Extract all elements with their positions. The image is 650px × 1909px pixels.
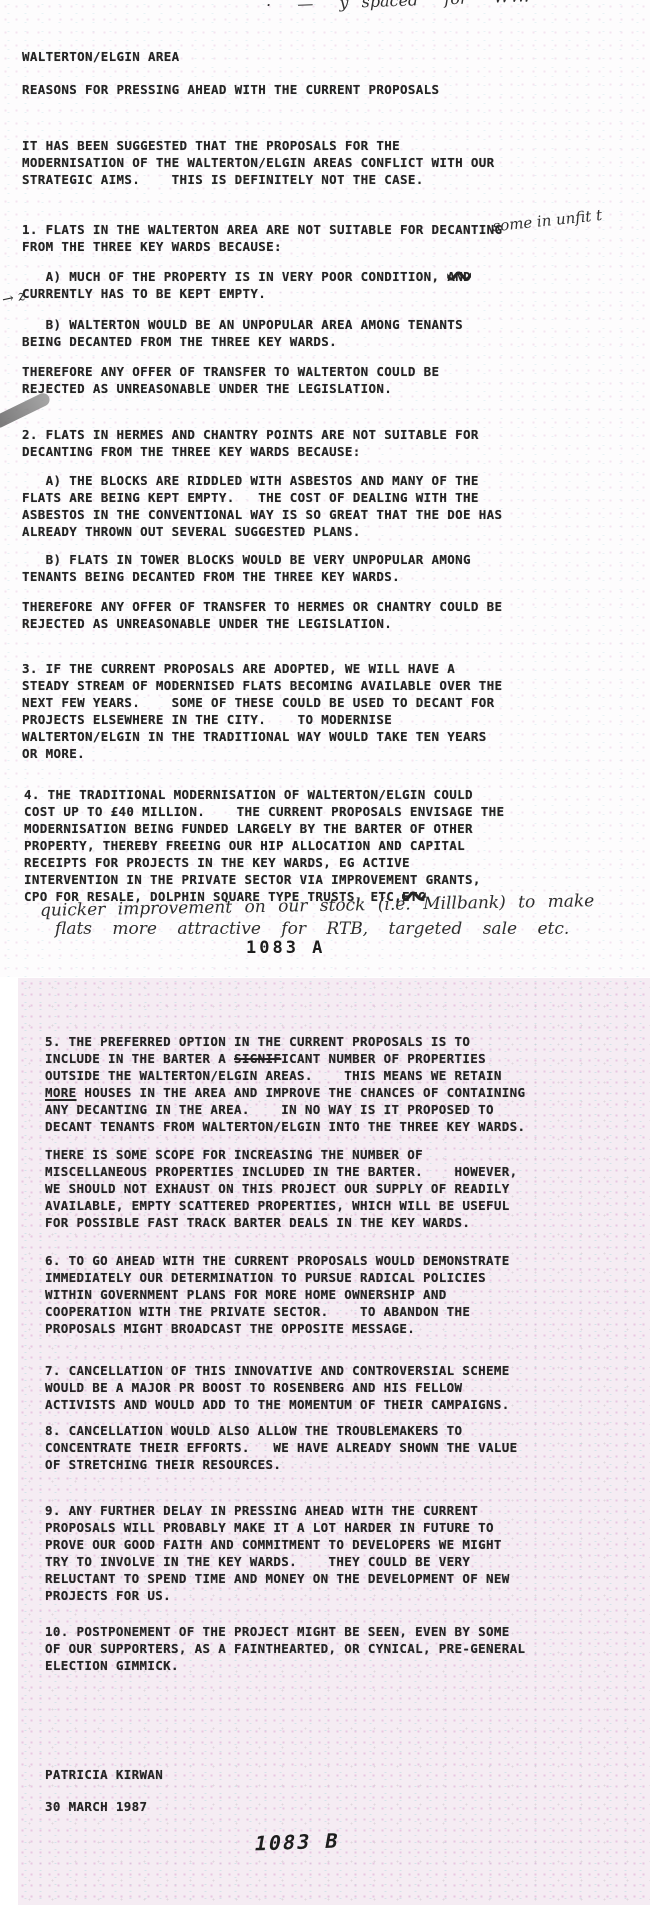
scanned-memo: · — y spaced for WW. WALTERTON/ELGIN ARE…: [0, 0, 650, 1909]
section-6-paragraph: 6. TO GO AHEAD WITH THE CURRENT PROPOSAL…: [45, 1252, 510, 1337]
section-5b-paragraph: THERE IS SOME SCOPE FOR INCREASING THE N…: [45, 1146, 518, 1231]
section-1-item-a-struck-word: AND: [447, 269, 471, 284]
handwritten-annotation-line-2: flats more attractive for RTB, targeted …: [55, 919, 569, 939]
intro-paragraph: IT HAS BEEN SUGGESTED THAT THE PROPOSALS…: [22, 137, 495, 188]
doc-date: 30 MARCH 1987: [45, 1798, 147, 1815]
section-1-item-a-rest: CURRENTLY HAS TO BE KEPT EMPTY.: [22, 286, 266, 301]
section-10-paragraph: 10. POSTPONEMENT OF THE PROJECT MIGHT BE…: [45, 1623, 525, 1674]
section-2-conclusion: THEREFORE ANY OFFER OF TRANSFER TO HERME…: [22, 598, 502, 632]
section-4-paragraph: 4. THE TRADITIONAL MODERNISATION OF WALT…: [24, 786, 504, 905]
handwritten-margin-scribble: → z: [1, 288, 27, 309]
section-4-body: 4. THE TRADITIONAL MODERNISATION OF WALT…: [24, 787, 504, 904]
section-5-underlined-word: MORE: [45, 1085, 77, 1100]
section-1-heading: 1. FLATS IN THE WALTERTON AREA ARE NOT S…: [22, 221, 502, 255]
section-5-paragraph: 5. THE PREFERRED OPTION IN THE CURRENT P…: [45, 1033, 525, 1135]
section-2-item-b: B) FLATS IN TOWER BLOCKS WOULD BE VERY U…: [22, 551, 471, 585]
section-5-rest: HOUSES IN THE AREA AND IMPROVE THE CHANC…: [45, 1085, 525, 1134]
memo-page-2: 5. THE PREFERRED OPTION IN THE CURRENT P…: [18, 978, 650, 1905]
doc-title: WALTERTON/ELGIN AREA: [22, 48, 180, 65]
section-1-conclusion: THEREFORE ANY OFFER OF TRANSFER TO WALTE…: [22, 363, 439, 397]
author-name: PATRICIA KIRWAN: [45, 1766, 163, 1783]
handwritten-note-top: · — y spaced for WW.: [266, 0, 529, 15]
section-2-heading: 2. FLATS IN HERMES AND CHANTRY POINTS AR…: [22, 426, 479, 460]
handwritten-margin-note-unfit: some in unfit t: [492, 197, 650, 236]
section-1-item-a: A) MUCH OF THE PROPERTY IS IN VERY POOR …: [22, 268, 471, 302]
section-5-struck-letters: SIGNIF: [234, 1051, 281, 1066]
doc-heading: REASONS FOR PRESSING AHEAD WITH THE CURR…: [22, 81, 439, 98]
section-8-paragraph: 8. CANCELLATION WOULD ALSO ALLOW THE TRO…: [45, 1422, 518, 1473]
section-1-item-b: B) WALTERTON WOULD BE AN UNPOPULAR AREA …: [22, 316, 463, 350]
section-7-paragraph: 7. CANCELLATION OF THIS INNOVATIVE AND C…: [45, 1362, 510, 1413]
section-2-item-a: A) THE BLOCKS ARE RIDDLED WITH ASBESTOS …: [22, 472, 502, 540]
section-1-item-a-text: A) MUCH OF THE PROPERTY IS IN VERY POOR …: [22, 269, 447, 284]
page-stamp-1083b: 1083 B: [253, 1829, 342, 1856]
section-3-paragraph: 3. IF THE CURRENT PROPOSALS ARE ADOPTED,…: [22, 660, 502, 762]
page-stamp-1083a: 1083 A: [246, 938, 325, 958]
section-9-paragraph: 9. ANY FURTHER DELAY IN PRESSING AHEAD W…: [45, 1502, 510, 1604]
memo-page-1: · — y spaced for WW. WALTERTON/ELGIN ARE…: [0, 0, 650, 977]
